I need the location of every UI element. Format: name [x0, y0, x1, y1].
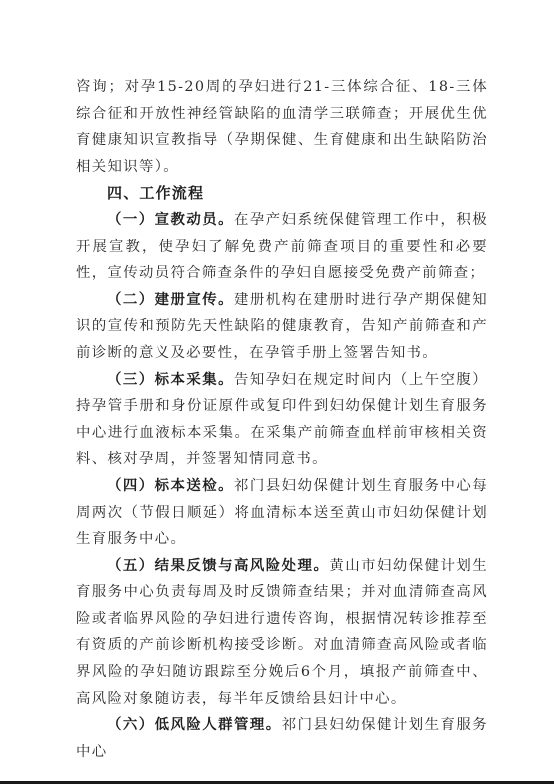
paragraph-text: 黄山市妇幼保健计划生育服务中心负责每周及时反馈筛查结果；并对血清筛查高风险或者临…: [76, 558, 488, 707]
item-lead-title: （一）宣教动员。: [107, 211, 234, 228]
paragraph-item-6: （六）低风险人群管理。祁门县妇幼保健计划生育服务中心: [76, 712, 488, 765]
item-lead-title: （五）结果反馈与高风险处理。: [107, 557, 329, 574]
section-heading-workflow: 四、工作流程: [76, 180, 488, 207]
paragraph-item-4: （四）标本送检。祁门县妇幼保健计划生育服务中心每周两次（节假日顺延）将血清标本送…: [76, 473, 488, 553]
paragraph-item-5: （五）结果反馈与高风险处理。黄山市妇幼保健计划生育服务中心负责每周及时反馈筛查结…: [76, 553, 488, 713]
document-body: 咨询；对孕15-20周的孕妇进行21-三体综合征、18-三体综合征和开放性神经管…: [76, 74, 488, 765]
item-lead-title: （六）低风险人群管理。: [107, 716, 282, 733]
paragraph-item-2: （二）建册宣传。建册机构在建册时进行孕产期保健知识的宣传和预防先天性缺陷的健康教…: [76, 287, 488, 367]
paragraph-item-3: （三）标本采集。告知孕妇在规定时间内（上午空腹）持孕管手册和身份证原件或复印件到…: [76, 367, 488, 473]
item-lead-title: （三）标本采集。: [107, 371, 234, 388]
paragraph-item-1: （一）宣教动员。在孕产妇系统保健管理工作中，积极开展宣教，使孕妇了解免费产前筛查…: [76, 207, 488, 287]
document-page: 咨询；对孕15-20周的孕妇进行21-三体综合征、18-三体综合征和开放性神经管…: [0, 0, 554, 784]
paragraph-screening-content: 咨询；对孕15-20周的孕妇进行21-三体综合征、18-三体综合征和开放性神经管…: [76, 74, 488, 180]
paragraph-text: 咨询；对孕15-20周的孕妇进行21-三体综合征、18-三体综合征和开放性神经管…: [76, 79, 488, 175]
item-lead-title: （二）建册宣传。: [107, 291, 234, 308]
item-lead-title: （四）标本送检。: [107, 477, 234, 494]
